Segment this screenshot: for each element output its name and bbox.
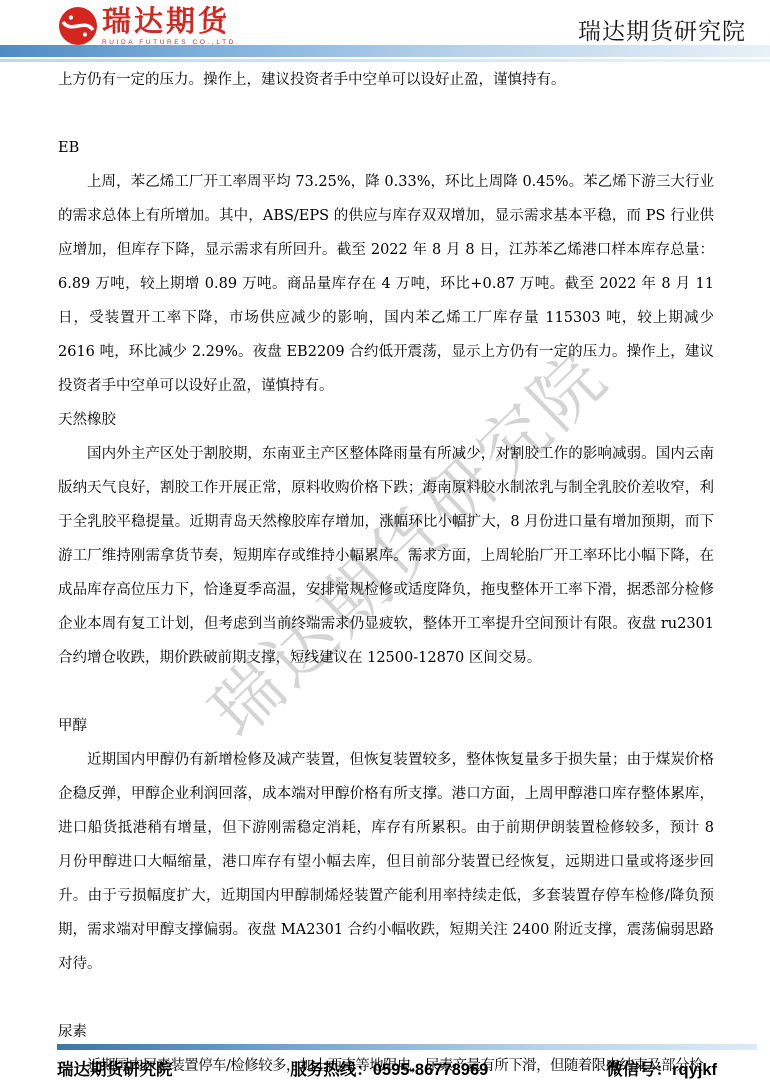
section-paragraph-eb: 上周，苯乙烯工厂开工率周平均 73.25%，降 0.33%，环比上周降 0.45… — [58, 165, 714, 403]
section-paragraph-rubber: 国内外主产区处于割胶期，东南亚主产区整体降雨量有所减少，对割胶工作的影响减弱。国… — [58, 437, 714, 675]
header-divider-bar — [0, 45, 770, 57]
logo-text: 瑞达期货 RUIDA FUTURES CO.,LTD. — [102, 6, 240, 46]
page-title: 瑞达期货研究院 — [578, 13, 746, 46]
section-paragraph-urea: 近期国内尿素装置停车/检修较多，加上西南等地限电，尿素产量有所下滑，但随着限电结… — [58, 1049, 714, 1083]
report-body: 上方仍有一定的压力。操作上，建议投资者手中空单可以设好止盈，谨慎持有。 EB 上… — [58, 63, 714, 1083]
section-heading-urea: 尿素 — [58, 1015, 714, 1049]
intro-paragraph: 上方仍有一定的压力。操作上，建议投资者手中空单可以设好止盈，谨慎持有。 — [58, 63, 714, 97]
spacer — [58, 97, 714, 131]
report-page: 瑞达期货 RUIDA FUTURES CO.,LTD. 瑞达期货研究院 瑞达期货… — [0, 0, 770, 1089]
spacer — [58, 675, 714, 709]
section-heading-methanol: 甲醇 — [58, 709, 714, 743]
spacer — [58, 981, 714, 1015]
ruida-logo-icon — [58, 6, 98, 46]
company-logo: 瑞达期货 RUIDA FUTURES CO.,LTD. — [58, 6, 240, 46]
header-divider-stripe — [0, 59, 770, 62]
section-heading-eb: EB — [58, 131, 714, 165]
section-heading-rubber: 天然橡胶 — [58, 403, 714, 437]
section-paragraph-methanol: 近期国内甲醇仍有新增检修及减产装置，但恢复装置较多，整体恢复量多于损失量；由于煤… — [58, 743, 714, 981]
brand-name-cn: 瑞达期货 — [102, 6, 240, 38]
